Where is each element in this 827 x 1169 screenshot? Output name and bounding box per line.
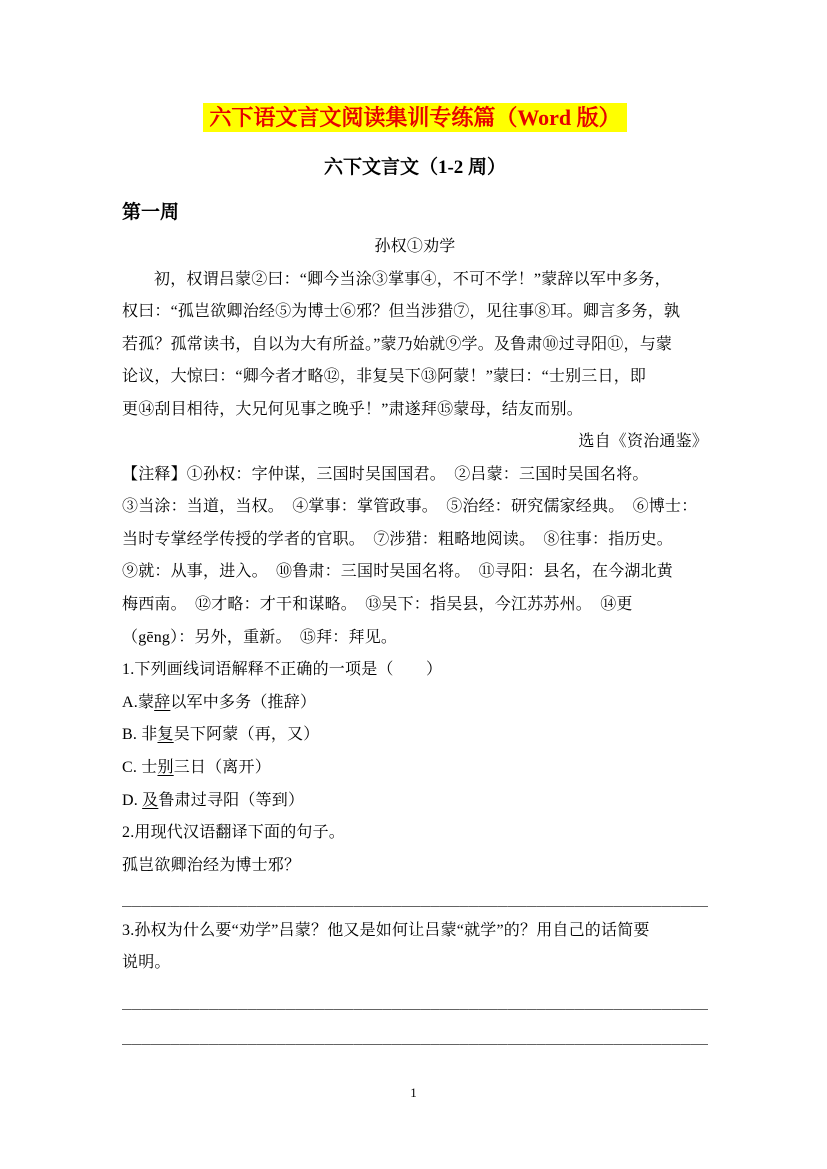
option-text-pre: B. 非	[122, 726, 157, 743]
notes-line: 梅西南。 ⑫才略：才干和谋略。 ⑬吴下：指吴县，今江苏苏州。 ⑭更	[122, 589, 708, 622]
passage-line: 若孤？孤常读书，自以为大有所益。”蒙乃始就⑨学。及鲁肃⑩过寻阳⑪，与蒙	[122, 329, 708, 362]
option-underlined-word: 及	[142, 792, 158, 809]
question-2-stem: 2.用现代汉语翻译下面的句子。	[122, 817, 708, 850]
notes-line: （gēng）：另外，重新。 ⑮拜：拜见。	[122, 622, 708, 655]
notes-block: 【注释】①孙权：字仲谋，三国时吴国国君。 ②吕蒙：三国时吴国名将。 ③当涂：当道…	[122, 459, 708, 655]
question-1-option-a: A.蒙辞以军中多务（推辞）	[122, 687, 708, 720]
section-heading-week1: 第一周	[122, 194, 708, 231]
document-page: 六下语文言文阅读集训专练篇（Word 版） 六下文言文（1-2 周） 第一周 孙…	[0, 0, 827, 1169]
document-content: 六下语文言文阅读集训专练篇（Word 版） 六下文言文（1-2 周） 第一周 孙…	[122, 0, 708, 1052]
option-text-post: 吴下阿蒙（再，又）	[174, 726, 320, 743]
question-1-option-c: C. 士别三日（离开）	[122, 752, 708, 785]
notes-line: 当时专掌经学传授的学者的官职。 ⑦涉猎：粗略地阅读。 ⑧往事：指历史。	[122, 524, 708, 557]
option-text-pre: D.	[122, 792, 142, 809]
document-title-highlighted: 六下语文言文阅读集训专练篇（Word 版）	[203, 103, 626, 132]
option-text-post: 鲁肃过寻阳（等到）	[158, 792, 304, 809]
option-underlined-word: 复	[157, 726, 173, 743]
question-2-sentence: 孤岂欲卿治经为博士邪？	[122, 850, 708, 883]
option-underlined-word: 别	[157, 759, 173, 776]
option-text-post: 三日（离开）	[174, 759, 271, 776]
notes-line: ⑨就：从事，进入。 ⑩鲁肃：三国时吴国名将。 ⑪寻阳：县名，在今湖北黄	[122, 556, 708, 589]
question-1-option-b: B. 非复吴下阿蒙（再，又）	[122, 719, 708, 752]
question-3-answer-line: ________________________________________…	[122, 1020, 708, 1053]
passage-line: 论议，大惊曰：“卿今者才略⑫，非复吴下⑬阿蒙！”蒙曰：“士别三日，即	[122, 361, 708, 394]
option-text-pre: C. 士	[122, 759, 157, 776]
page-number: 1	[0, 1083, 827, 1103]
question-3-stem-line1: 3.孙权为什么要“劝学”吕蒙？他又是如何让吕蒙“就学”的？用自己的话简要	[122, 915, 708, 948]
passage-line: 权曰：“孤岂欲卿治经⑤为博士⑥邪？但当涉猎⑦，见往事⑧耳。卿言多务，孰	[122, 296, 708, 329]
passage-line: 更⑭刮目相待，大兄何见事之晚乎！”肃遂拜⑮蒙母，结友而别。	[122, 394, 708, 427]
option-underlined-word: 辞	[154, 694, 170, 711]
passage-title: 孙权①劝学	[122, 231, 708, 264]
question-1-stem: 1.下列画线词语解释不正确的一项是（ ）	[122, 654, 708, 687]
question-1-option-d: D. 及鲁肃过寻阳（等到）	[122, 785, 708, 818]
question-2-answer-line: ________________________________________…	[122, 882, 708, 915]
document-subtitle: 六下文言文（1-2 周）	[122, 148, 708, 188]
option-text-pre: A.蒙	[122, 694, 154, 711]
passage-source: 选自《资治通鉴》	[122, 427, 708, 457]
passage-line: 初，权谓吕蒙②曰：“卿今当涂③掌事④，不可不学！”蒙辞以军中多务，	[122, 264, 708, 297]
question-3-stem-line2: 说明。	[122, 947, 708, 980]
notes-line: ③当涂：当道，当权。 ④掌事：掌管政事。 ⑤治经：研究儒家经典。 ⑥博士：	[122, 491, 708, 524]
option-text-post: 以军中多务（推辞）	[170, 694, 316, 711]
notes-line: 【注释】①孙权：字仲谋，三国时吴国国君。 ②吕蒙：三国时吴国名将。	[122, 459, 708, 492]
question-3-answer-line: ________________________________________…	[122, 985, 708, 1018]
document-title-row: 六下语文言文阅读集训专练篇（Word 版）	[122, 96, 708, 140]
